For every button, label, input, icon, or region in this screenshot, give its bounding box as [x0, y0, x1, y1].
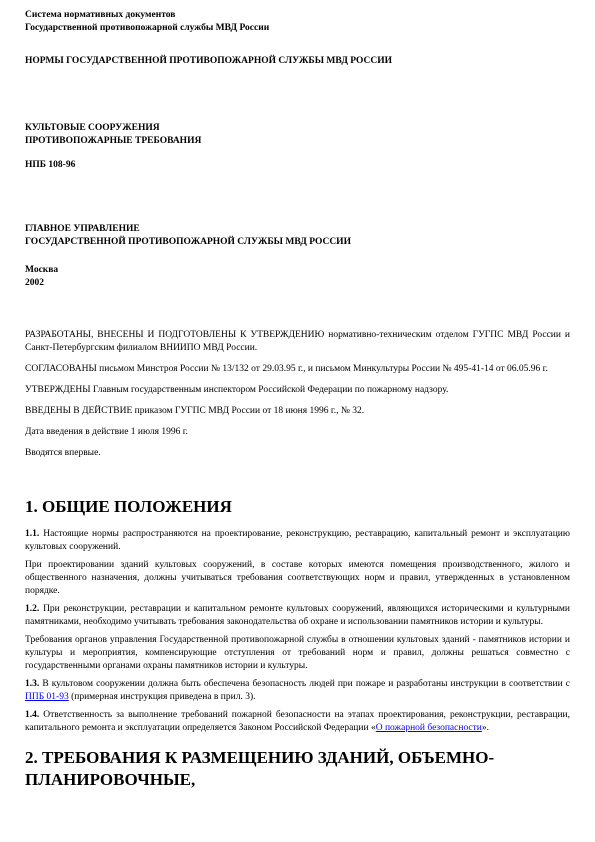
authority-line-1: ГЛАВНОЕ УПРАВЛЕНИЕ — [25, 223, 570, 236]
preamble-developed: РАЗРАБОТАНЫ, ВНЕСЕНЫ И ПОДГОТОВЛЕНЫ К УТ… — [25, 329, 570, 355]
preamble-effective-date: Дата введения в действие 1 июля 1996 г. — [25, 426, 570, 439]
publication-city: Москва — [25, 264, 570, 277]
issuing-authority: ГЛАВНОЕ УПРАВЛЕНИЕ ГОСУДАРСТВЕННОЙ ПРОТИ… — [25, 223, 570, 249]
paragraph-1-4: 1.4. Ответственность за выполнение требо… — [25, 709, 570, 735]
preamble-agreed: СОГЛАСОВАНЫ письмом Минстроя России № 13… — [25, 363, 570, 376]
paragraph-1-1-continued: При проектировании зданий культовых соор… — [25, 559, 570, 598]
paragraph-1-3: 1.3. В культовом сооружении должна быть … — [25, 678, 570, 704]
document-title: КУЛЬТОВЫЕ СООРУЖЕНИЯ ПРОТИВОПОЖАРНЫЕ ТРЕ… — [25, 122, 570, 148]
paragraph-1-2: 1.2. При реконструкции, реставрации и ка… — [25, 603, 570, 629]
doc-system-line-2: Государственной противопожарной службы М… — [25, 22, 570, 35]
preamble: РАЗРАБОТАНЫ, ВНЕСЕНЫ И ПОДГОТОВЛЕНЫ К УТ… — [25, 329, 570, 460]
document-title-line-2: ПРОТИВОПОЖАРНЫЕ ТРЕБОВАНИЯ — [25, 135, 570, 148]
paragraph-1-1: 1.1. Настоящие нормы распространяются на… — [25, 528, 570, 554]
paragraph-1-2-number: 1.2. — [25, 604, 39, 614]
publication-year: 2002 — [25, 277, 570, 290]
paragraph-1-3-text-after-link: (примерная инструкция приведена в прил. … — [71, 692, 255, 702]
document-title-line-1: КУЛЬТОВЫЕ СООРУЖЕНИЯ — [25, 122, 570, 135]
document-code: НПБ 108-96 — [25, 159, 570, 172]
norms-title: НОРМЫ ГОСУДАРСТВЕННОЙ ПРОТИВОПОЖАРНОЙ СЛ… — [25, 55, 570, 68]
section-1-heading: 1. ОБЩИЕ ПОЛОЖЕНИЯ — [25, 496, 570, 518]
paragraph-1-2-text: При реконструкции, реставрации и капитал… — [25, 604, 570, 627]
paragraph-1-1-text: Настоящие нормы распространяются на прое… — [25, 529, 570, 552]
section-2-heading: 2. ТРЕБОВАНИЯ К РАЗМЕЩЕНИЮ ЗДАНИЙ, ОБЪЕМ… — [25, 747, 570, 791]
document-page: Система нормативных документов Государст… — [0, 0, 595, 842]
preamble-first-issue: Вводятся впервые. — [25, 447, 570, 460]
preamble-enacted: ВВЕДЕНЫ В ДЕЙСТВИЕ приказом ГУГПС МВД Ро… — [25, 405, 570, 418]
paragraph-1-4-text-after-link: ». — [482, 723, 489, 733]
preamble-approved: УТВЕРЖДЕНЫ Главным государственным инспе… — [25, 384, 570, 397]
link-ppb-01-93[interactable]: ППБ 01-93 — [25, 692, 69, 702]
authority-line-2: ГОСУДАРСТВЕННОЙ ПРОТИВОПОЖАРНОЙ СЛУЖБЫ М… — [25, 236, 570, 249]
publication-place: Москва 2002 — [25, 264, 570, 290]
doc-system-line-1: Система нормативных документов — [25, 9, 570, 22]
paragraph-1-3-number: 1.3. — [25, 679, 39, 689]
paragraph-1-1-number: 1.1. — [25, 529, 39, 539]
paragraph-1-3-text: В культовом сооружении должна быть обесп… — [42, 679, 570, 689]
paragraph-1-2-continued: Требования органов управления Государств… — [25, 634, 570, 673]
link-fire-safety-law[interactable]: О пожарной безопасности — [376, 723, 482, 733]
paragraph-1-4-number: 1.4. — [25, 710, 39, 720]
